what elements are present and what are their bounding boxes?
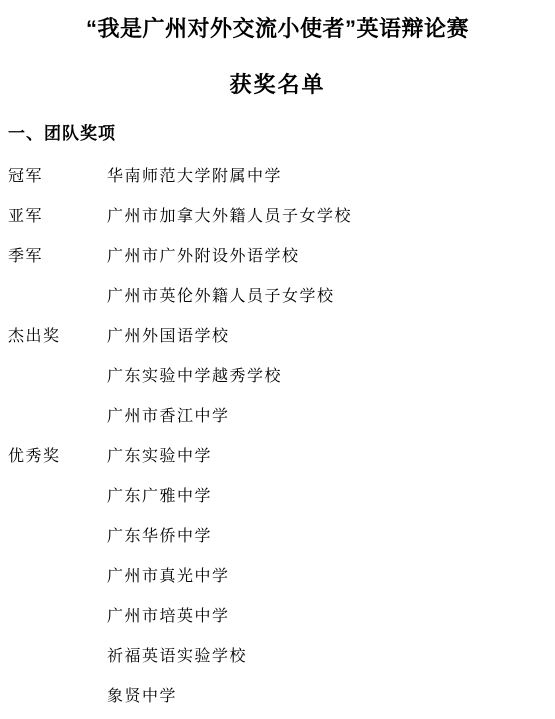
award-list: 冠军 华南师范大学附属中学 亚军 广州市加拿大外籍人员子女学校 季军 广州市广外… [0, 154, 555, 714]
award-row: 广东广雅中学 [0, 474, 555, 514]
award-row: 广东华侨中学 [0, 514, 555, 554]
award-row: 广州市英伦外籍人员子女学校 [0, 274, 555, 314]
award-row: 广东实验中学越秀学校 [0, 354, 555, 394]
award-school-name: 象贤中学 [107, 683, 177, 706]
award-school-name: 广州市香江中学 [107, 403, 230, 426]
award-row: 象贤中学 [0, 674, 555, 714]
award-school-name: 广东实验中学越秀学校 [107, 363, 282, 386]
award-row: 季军 广州市广外附设外语学校 [0, 234, 555, 274]
award-school-name: 广州市广外附设外语学校 [107, 243, 300, 266]
award-school-name: 广州市培英中学 [107, 603, 230, 626]
award-school-name: 广州市真光中学 [107, 563, 230, 586]
section-heading-team-awards: 一、团队奖项 [0, 122, 555, 146]
award-school-name: 华南师范大学附属中学 [107, 163, 282, 186]
award-tier-label: 冠军 [8, 163, 107, 186]
award-row: 广州市培英中学 [0, 594, 555, 634]
page-subtitle: 获奖名单 [0, 69, 555, 100]
award-row: 亚军 广州市加拿大外籍人员子女学校 [0, 194, 555, 234]
award-school-name: 广州市加拿大外籍人员子女学校 [107, 203, 352, 226]
award-row: 杰出奖 广州外国语学校 [0, 314, 555, 354]
award-row: 广州市香江中学 [0, 394, 555, 434]
award-school-name: 广东实验中学 [107, 443, 212, 466]
award-tier-label: 亚军 [8, 203, 107, 226]
award-row: 优秀奖 广东实验中学 [0, 434, 555, 474]
award-school-name: 广东广雅中学 [107, 483, 212, 506]
award-tier-label: 季军 [8, 243, 107, 266]
award-tier-label: 优秀奖 [8, 443, 107, 466]
award-row: 祈福英语实验学校 [0, 634, 555, 674]
award-school-name: 广州市英伦外籍人员子女学校 [107, 283, 335, 306]
page-title: “我是广州对外交流小使者”英语辩论赛 [0, 13, 555, 44]
award-row: 冠军 华南师范大学附属中学 [0, 154, 555, 194]
award-tier-label: 杰出奖 [8, 323, 107, 346]
award-school-name: 广州外国语学校 [107, 323, 230, 346]
document-page: “我是广州对外交流小使者”英语辩论赛 获奖名单 一、团队奖项 冠军 华南师范大学… [0, 0, 555, 719]
award-row: 广州市真光中学 [0, 554, 555, 594]
award-school-name: 广东华侨中学 [107, 523, 212, 546]
award-school-name: 祈福英语实验学校 [107, 643, 247, 666]
